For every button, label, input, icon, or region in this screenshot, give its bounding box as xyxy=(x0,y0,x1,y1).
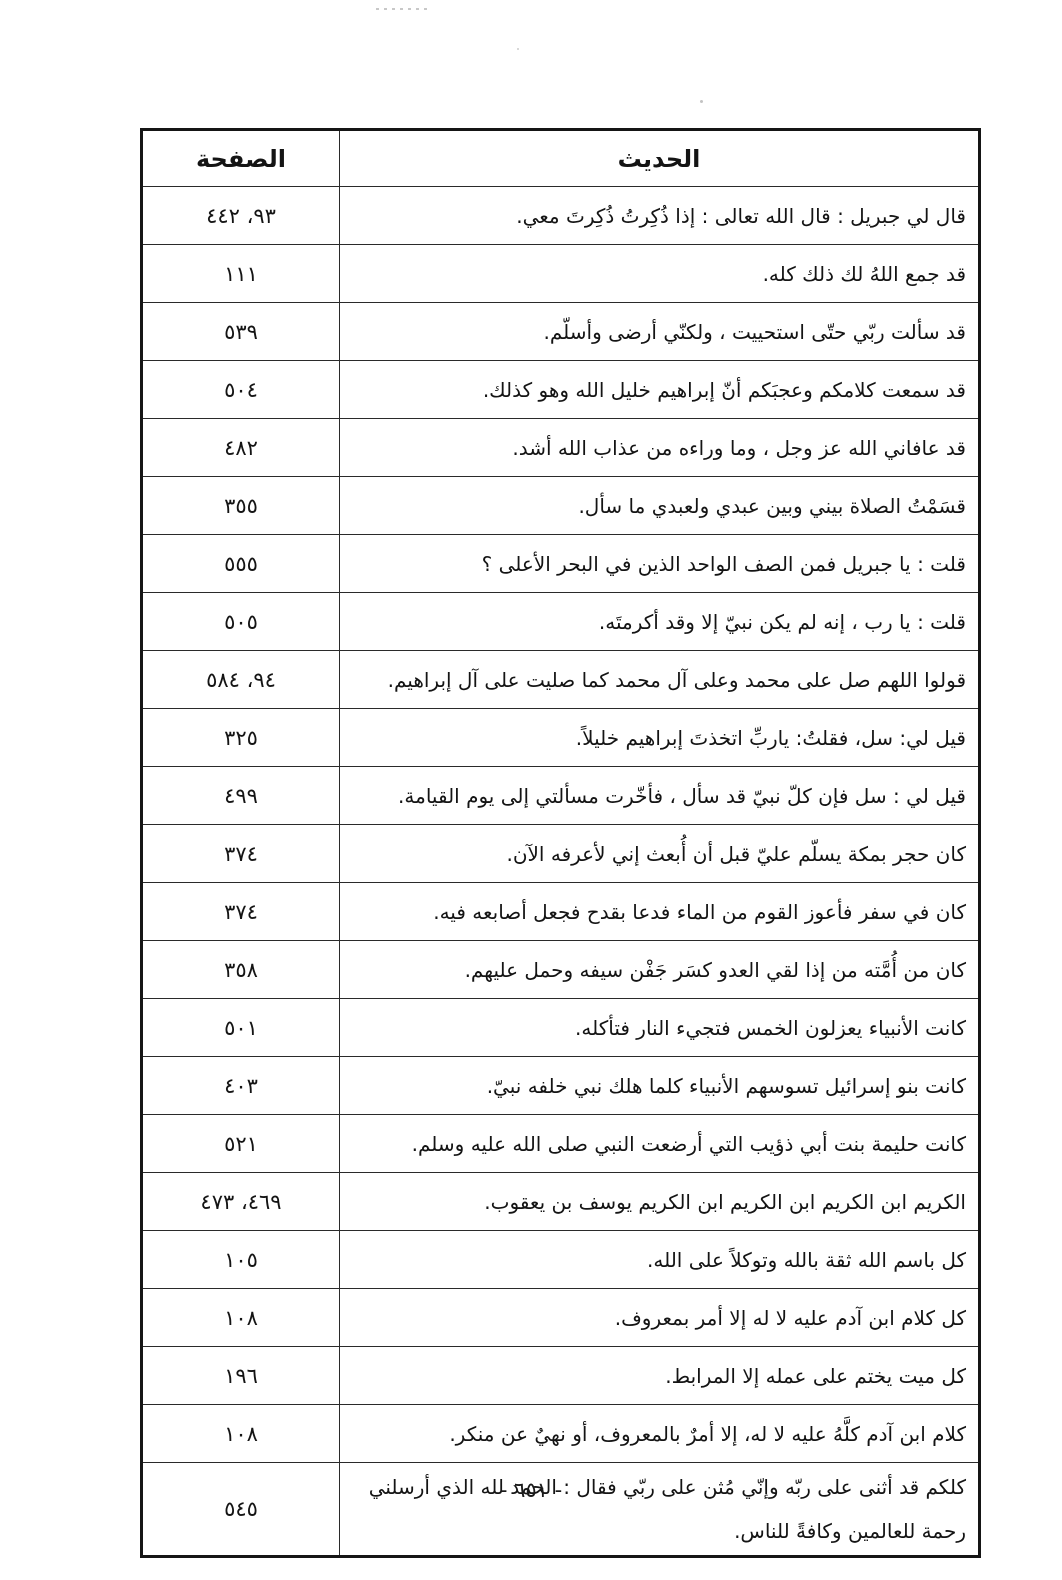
page-number: ٣٧٤ xyxy=(142,883,340,941)
page-number: ٥٠٥ xyxy=(142,593,340,651)
page-number: ١٠٨ xyxy=(142,1405,340,1463)
hadith-text: قلت : يا رب ، إنه لم يكن نبيّ إلا وقد أك… xyxy=(340,593,980,651)
table-row: كلكم قد أثنى على ربّه وإنّي مُثن على ربّ… xyxy=(142,1463,980,1557)
table-row: قسَمْتُ الصلاة بيني وبين عبدي ولعبدي ما … xyxy=(142,477,980,535)
hadith-text: كل ميت يختم على عمله إلا المرابط. xyxy=(340,1347,980,1405)
table-row: الكريم ابن الكريم ابن الكريم ابن الكريم … xyxy=(142,1173,980,1231)
page-number: ٩٣، ٤٤٢ xyxy=(142,187,340,245)
hadith-text: كل كلام ابن آدم عليه لا له إلا أمر بمعرو… xyxy=(340,1289,980,1347)
page-number: ٣٥٥ xyxy=(142,477,340,535)
hadith-text: قال لي جبريل : قال الله تعالى : إذا ذُكِ… xyxy=(340,187,980,245)
table-row: كانت حليمة بنت أبي ذؤيب التي أرضعت النبي… xyxy=(142,1115,980,1173)
hadith-text: كل باسم الله ثقة بالله وتوكلاً على الله. xyxy=(340,1231,980,1289)
hadith-text: قولوا اللهم صل على محمد وعلى آل محمد كما… xyxy=(340,651,980,709)
page-number: ٩٤، ٥٨٤ xyxy=(142,651,340,709)
hadith-text: كانت بنو إسرائيل تسوسهم الأنبياء كلما هل… xyxy=(340,1057,980,1115)
hadith-text: كان في سفر فأعوز القوم من الماء فدعا بقد… xyxy=(340,883,980,941)
table-row: قد سألت ربّي حتّى استحييت ، ولكنّي أرضى … xyxy=(142,303,980,361)
page-number: ٣٧٤ xyxy=(142,825,340,883)
hadith-text: كانت حليمة بنت أبي ذؤيب التي أرضعت النبي… xyxy=(340,1115,980,1173)
table-row: قولوا اللهم صل على محمد وعلى آل محمد كما… xyxy=(142,651,980,709)
table-row: قيل لي : سل فإن كلّ نبيّ قد سأل ، فأخّرت… xyxy=(142,767,980,825)
scan-artifact xyxy=(517,48,519,50)
page-number: ٣٥٨ xyxy=(142,941,340,999)
hadith-text: كان من أُمَّته من إذا لقي العدو كسَر جَف… xyxy=(340,941,980,999)
page-column-header: الصفحة xyxy=(142,130,340,187)
page-number: ١١١ xyxy=(142,245,340,303)
table-row: قلت : يا رب ، إنه لم يكن نبيّ إلا وقد أك… xyxy=(142,593,980,651)
table-row: كلام ابن آدم كلَّهُ عليه لا له، إلا أمرٌ… xyxy=(142,1405,980,1463)
page-number: ٥٤٥ xyxy=(142,1463,340,1557)
page-number: ٤٦٩، ٤٧٣ xyxy=(142,1173,340,1231)
table-row: كان في سفر فأعوز القوم من الماء فدعا بقد… xyxy=(142,883,980,941)
page-number: ٥٠٤ xyxy=(142,361,340,419)
table-row: كان من أُمَّته من إذا لقي العدو كسَر جَف… xyxy=(142,941,980,999)
table-row: كل كلام ابن آدم عليه لا له إلا أمر بمعرو… xyxy=(142,1289,980,1347)
table-row: قد جمع اللهُ لك ذلك كله.١١١ xyxy=(142,245,980,303)
hadith-table-body: قال لي جبريل : قال الله تعالى : إذا ذُكِ… xyxy=(142,187,980,1557)
table-row: قد عافاني الله عز وجل ، وما وراءه من عذا… xyxy=(142,419,980,477)
hadith-text: الكريم ابن الكريم ابن الكريم ابن الكريم … xyxy=(340,1173,980,1231)
hadith-text: قد سألت ربّي حتّى استحييت ، ولكنّي أرضى … xyxy=(340,303,980,361)
hadith-text: قسَمْتُ الصلاة بيني وبين عبدي ولعبدي ما … xyxy=(340,477,980,535)
table-row: كل باسم الله ثقة بالله وتوكلاً على الله.… xyxy=(142,1231,980,1289)
scanned-page: الحديث الصفحة قال لي جبريل : قال الله تع… xyxy=(0,0,1062,1580)
page-number: ٥٠١ xyxy=(142,999,340,1057)
table-row: قيل لي: سل، فقلتُ: ياربِّ اتخذتَ إبراهيم… xyxy=(142,709,980,767)
page-number: ٥٢١ xyxy=(142,1115,340,1173)
page-number: ١٩٦ xyxy=(142,1347,340,1405)
table-row: قلت : يا جبريل فمن الصف الواحد الذين في … xyxy=(142,535,980,593)
table-header-row: الحديث الصفحة xyxy=(142,130,980,187)
page-number-footer: - ٦٥١ - xyxy=(0,1478,1062,1502)
page-number: ٤٠٣ xyxy=(142,1057,340,1115)
table-row: قد سمعت كلامكم وعجبَكم أنّ إبراهيم خليل … xyxy=(142,361,980,419)
hadith-index-table: الحديث الصفحة قال لي جبريل : قال الله تع… xyxy=(140,128,981,1558)
page-number: ٣٢٥ xyxy=(142,709,340,767)
table-row: كانت بنو إسرائيل تسوسهم الأنبياء كلما هل… xyxy=(142,1057,980,1115)
scan-artifact xyxy=(700,100,703,103)
hadith-text: كلام ابن آدم كلَّهُ عليه لا له، إلا أمرٌ… xyxy=(340,1405,980,1463)
hadith-text: قيل لي: سل، فقلتُ: ياربِّ اتخذتَ إبراهيم… xyxy=(340,709,980,767)
hadith-text: قيل لي : سل فإن كلّ نبيّ قد سأل ، فأخّرت… xyxy=(340,767,980,825)
hadith-text: قد جمع اللهُ لك ذلك كله. xyxy=(340,245,980,303)
page-number: ٤٩٩ xyxy=(142,767,340,825)
table-row: كانت الأنبياء يعزلون الخمس فتجيء النار ف… xyxy=(142,999,980,1057)
hadith-text: كلكم قد أثنى على ربّه وإنّي مُثن على ربّ… xyxy=(340,1463,980,1557)
hadith-text: كان حجر بمكة يسلّم عليّ قبل أن أُبعث إني… xyxy=(340,825,980,883)
page-number: ١٠٥ xyxy=(142,1231,340,1289)
hadith-text: كانت الأنبياء يعزلون الخمس فتجيء النار ف… xyxy=(340,999,980,1057)
table-row: كان حجر بمكة يسلّم عليّ قبل أن أُبعث إني… xyxy=(142,825,980,883)
hadith-text: قد سمعت كلامكم وعجبَكم أنّ إبراهيم خليل … xyxy=(340,361,980,419)
table-row: قال لي جبريل : قال الله تعالى : إذا ذُكِ… xyxy=(142,187,980,245)
hadith-text: قلت : يا جبريل فمن الصف الواحد الذين في … xyxy=(340,535,980,593)
page-number: ٥٣٩ xyxy=(142,303,340,361)
page-number: ١٠٨ xyxy=(142,1289,340,1347)
page-number: ٤٨٢ xyxy=(142,419,340,477)
hadith-column-header: الحديث xyxy=(340,130,980,187)
scan-artifact xyxy=(376,8,432,10)
hadith-text: قد عافاني الله عز وجل ، وما وراءه من عذا… xyxy=(340,419,980,477)
table-row: كل ميت يختم على عمله إلا المرابط.١٩٦ xyxy=(142,1347,980,1405)
page-number: ٥٥٥ xyxy=(142,535,340,593)
